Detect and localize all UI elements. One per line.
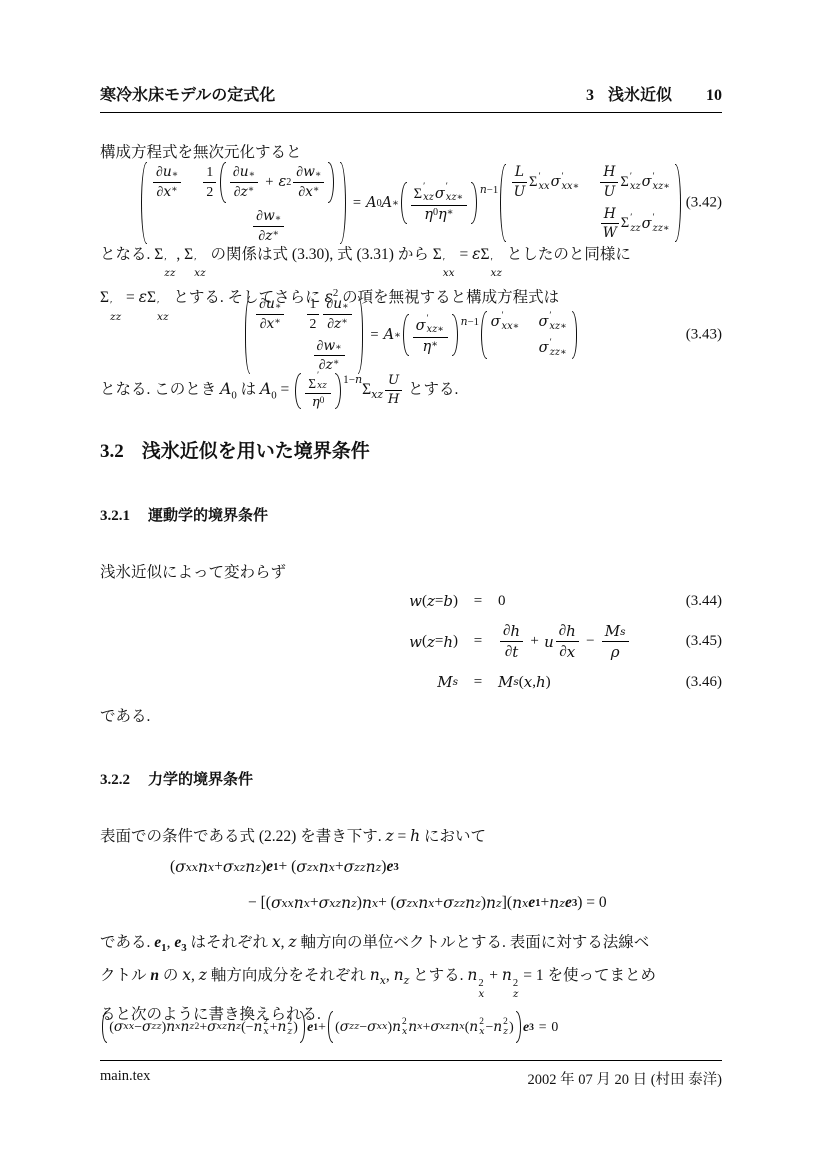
equation-3-42: ∂u∗∂x∗12∂u∗∂z∗+ε2∂w∗∂x∗∂w∗∂z∗=A0A∗Σ′xzσ′… [100,163,722,243]
running-head-title: 寒冷氷床モデルの定式化 [100,82,275,105]
equation-3-43: ∂u∗∂x∗12∂u∗∂z∗∂w∗∂z∗=A∗σ′xz∗η∗n−1σ′xx∗σ′… [100,301,722,369]
page-footer: main.tex 2002 年 07 月 20 日 (村田 泰洋) [100,1060,722,1089]
equation-number-3-42: (3.42) [686,195,722,212]
paragraph-surface-condition: 表面での条件である式 (2.22) を書き下す. z = h において [100,823,730,850]
equation-number-3-44: (3.44) [631,593,722,610]
equation-3-46-rhs: Ms(x, h) [498,673,631,691]
equation-surface-line2: − [(σxxnx + σxznz)nx + (σzxnx + σzznz)nz… [100,894,826,912]
paragraph-dearu: である. [100,703,730,730]
header-section-number: 3 [586,87,594,105]
running-head-right: 3 浅氷近似 10 [586,82,722,105]
header-section-title: 浅氷近似 [608,82,672,105]
section-3-2-number: 3.2 [100,441,124,462]
equation-array-kinematic: w(z = b) = 0 (3.44) w(z = h) = ∂h∂t+u∂h∂… [100,592,722,691]
equation-3-44-equals: = [458,593,498,610]
page-header: 寒冷氷床モデルの定式化 3 浅氷近似 10 [100,82,722,113]
equation-3-42-body: ∂u∗∂x∗12∂u∗∂z∗+ε2∂w∗∂x∗∂w∗∂z∗=A0A∗Σ′xzσ′… [139,162,682,244]
header-page-number: 10 [706,87,722,105]
equation-3-46-equals: = [458,674,498,691]
section-heading-3-2: 3.2浅氷近似を用いた境界条件 [100,436,722,463]
subsection-heading-3-2-2: 3.2.2力学的境界条件 [100,768,722,789]
document-page: 寒冷氷床モデルの定式化 3 浅氷近似 10 構成方程式を無次元化すると ∂u∗∂… [0,0,826,1169]
subsection-3-2-2-title: 力学的境界条件 [148,771,253,788]
subsection-3-2-1-title: 運動学的境界条件 [148,507,268,524]
equation-3-44-lhs: w(z = b) [100,592,458,610]
equation-number-3-43: (3.43) [686,327,722,344]
equation-number-3-45: (3.45) [631,633,722,650]
equation-3-45-rhs: ∂h∂t+u∂h∂x−Msρ [498,622,631,661]
equation-3-46-lhs: Ms [100,673,458,691]
subsection-3-2-2-number: 3.2.2 [100,772,130,788]
equation-final: (σxx − σzz)nxnz2 + σxznz(−n2x + n2z)e1 +… [100,1008,750,1046]
equation-3-45-equals: = [458,633,498,650]
paragraph-a0-definition: となる. このとき A0 は A0 = Σ′xzη01−nΣxzUH とする. [100,366,730,410]
paragraph-kinematic: 浅氷近似によって変わらず [100,559,730,586]
equation-3-43-body: ∂u∗∂x∗12∂u∗∂z∗∂w∗∂z∗=A∗σ′xz∗η∗n−1σ′xx∗σ′… [243,296,580,373]
footer-date-author: 2002 年 07 月 20 日 (村田 泰洋) [527,1068,722,1089]
footer-filename: main.tex [100,1068,150,1089]
subsection-3-2-1-number: 3.2.1 [100,508,130,524]
section-3-2-title: 浅氷近似を用いた境界条件 [142,441,370,462]
equation-3-45-lhs: w(z = h) [100,633,458,651]
subsection-heading-3-2-1: 3.2.1運動学的境界条件 [100,504,722,525]
equation-3-44-rhs: 0 [498,593,631,610]
equation-surface-line1: (σxxnx + σxznz)e1 + (σzxnx + σzznz)e3 [100,858,820,876]
equation-number-3-46: (3.46) [631,674,722,691]
